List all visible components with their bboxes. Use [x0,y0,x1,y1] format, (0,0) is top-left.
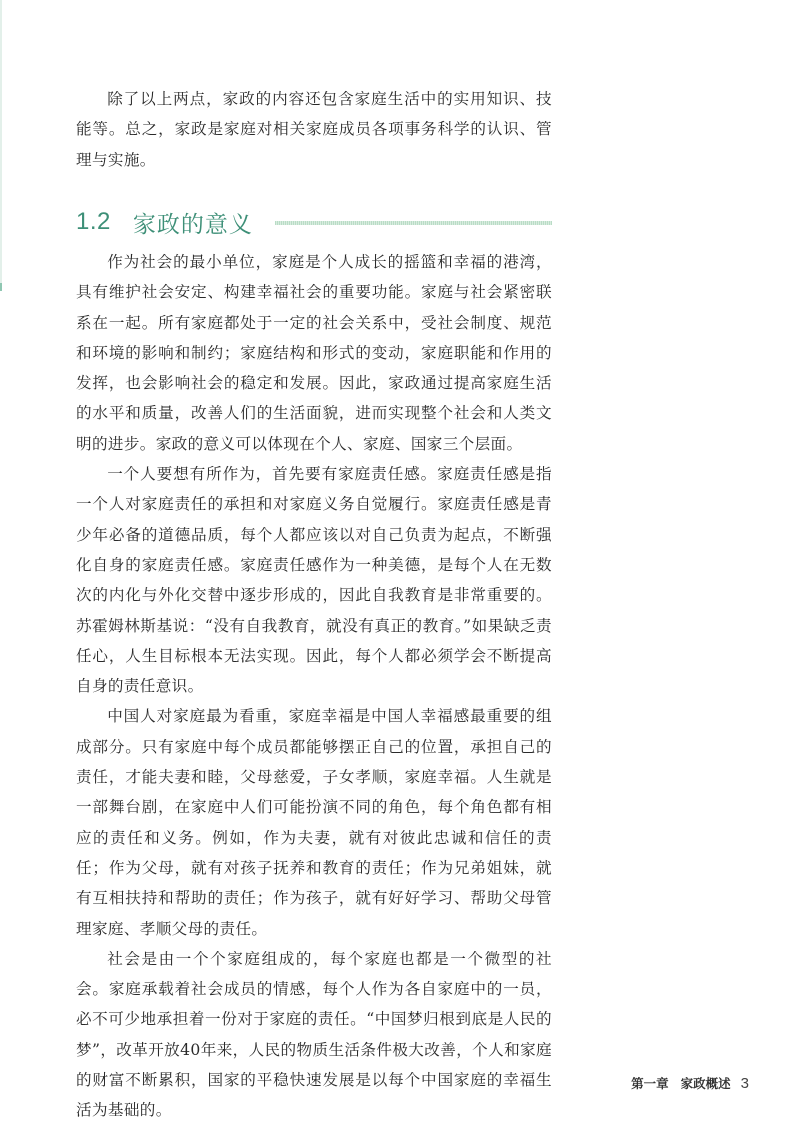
footer-chapter: 第一章 [631,1074,669,1092]
page-edge-border [0,0,2,285]
section-heading: 1.2 家政的意义 [76,205,552,239]
paragraph-significance-overview: 作为社会的最小单位，家庭是个人成长的摇篮和幸福的港湾，具有维护社会安定、构建幸福… [76,247,552,459]
intro-block: 除了以上两点，家政的内容还包含家庭生活中的实用知识、技能等。总之，家政是家庭对相… [76,84,552,175]
paragraph-national-level: 社会是由一个个家庭组成的，每个家庭也都是一个微型的社会。家庭承载着社会成员的情感… [76,944,552,1122]
paragraph-family-level: 中国人对家庭最为看重，家庭幸福是中国人幸福感最重要的组成部分。只有家庭中每个成员… [76,701,552,943]
page-number: 3 [741,1075,749,1092]
heading-rule-divider [275,221,552,225]
section-body: 作为社会的最小单位，家庭是个人成长的摇篮和幸福的港湾，具有维护社会安定、构建幸福… [76,247,552,1122]
section-title: 家政的意义 [133,206,253,239]
page-footer: 第一章 家政概述 3 [631,1074,749,1092]
section-number: 1.2 [76,208,111,236]
intro-paragraph: 除了以上两点，家政的内容还包含家庭生活中的实用知识、技能等。总之，家政是家庭对相… [76,84,552,175]
paragraph-personal-level: 一个人要想有所作为，首先要有家庭责任感。家庭责任感是指一个人对家庭责任的承担和对… [76,459,552,701]
footer-chapter-title: 家政概述 [681,1074,731,1092]
page-edge-marker [0,283,2,291]
